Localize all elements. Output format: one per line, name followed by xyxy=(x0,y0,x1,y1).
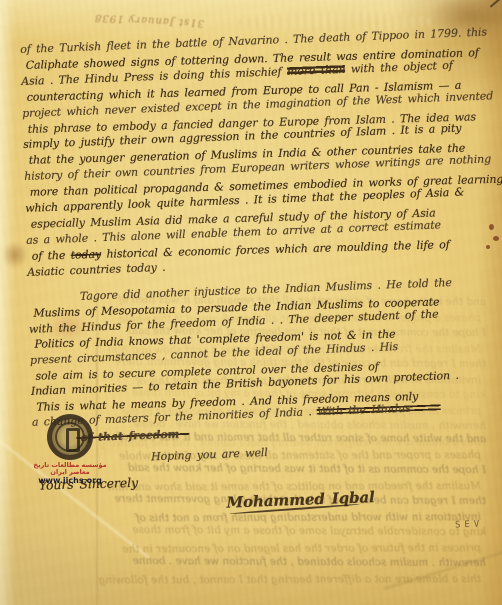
corner-pen-mark xyxy=(490,0,500,8)
archive-seal-icon xyxy=(47,414,93,460)
watermark-url: www.iichs.org xyxy=(30,476,110,485)
paper-crease-bottom-right xyxy=(384,532,502,589)
paragraph-1: of the Turkish fleet in the battle of Na… xyxy=(20,27,497,280)
struck-text: today xyxy=(71,248,102,262)
letter-page: and the white home of since rather all t… xyxy=(0,0,502,605)
struck-text: With the Hindus xyxy=(317,401,441,419)
pencil-date-annotation: 31st January 1938 xyxy=(74,11,204,29)
handwritten-line: princes in the future of order the has l… xyxy=(22,541,486,558)
archive-number-mark: SEV xyxy=(455,520,484,531)
archive-watermark: مؤسسه مطالعات تاریخ معاصر ایران www.iich… xyxy=(30,414,110,485)
handwritten-line: herewith . muslim schools obtained , the… xyxy=(22,553,486,571)
watermark-persian-text: مؤسسه مطالعات تاریخ معاصر ایران xyxy=(30,462,110,476)
handwritten-line: king to considerable betrayal some of th… xyxy=(22,522,486,540)
stain-left-margin xyxy=(2,242,28,268)
struck-text: more than xyxy=(287,63,346,78)
paragraph-2: Tagore did another injustice to the Indi… xyxy=(28,276,502,431)
